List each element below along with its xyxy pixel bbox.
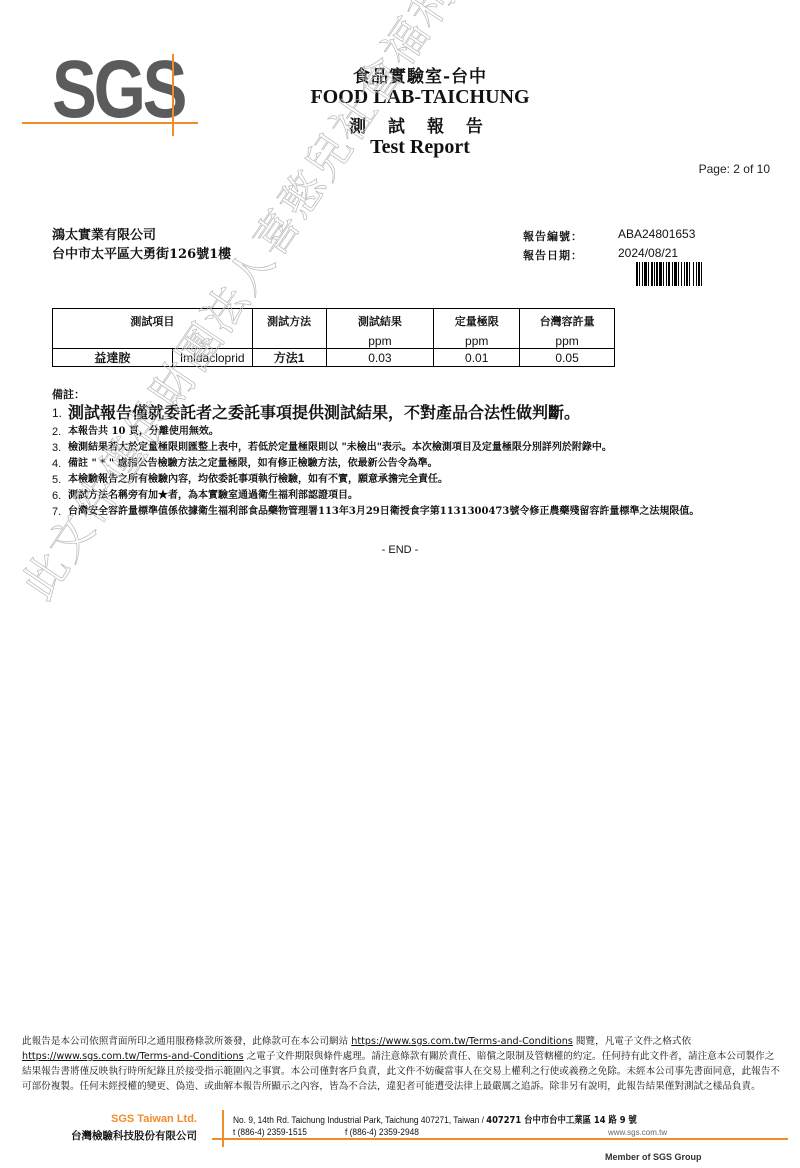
logo-orange-vline: [172, 54, 174, 136]
doc-title-en: Test Report: [250, 136, 590, 159]
table-row: 益達胺 Imidacloprid 方法1 0.03 0.01 0.05: [53, 349, 615, 367]
lab-title-en: FOOD LAB-TAICHUNG: [250, 86, 590, 109]
client-address: 台中市太平區大勇街126號1樓: [52, 245, 231, 264]
page-number: Page: 2 of 10: [699, 162, 770, 176]
report-date-value: 2024/08/21: [618, 246, 678, 260]
header-mrl: 台灣容許量ppm: [520, 309, 615, 349]
cell-item-zh: 益達胺: [53, 349, 173, 367]
barcode: [636, 262, 748, 286]
footer-phone: t (886-4) 2359-1515: [233, 1127, 307, 1138]
report-no-value: ABA24801653: [618, 227, 695, 241]
terms-link[interactable]: https://www.sgs.com.tw/Terms-and-Conditi…: [22, 1051, 244, 1062]
cell-result: 0.03: [326, 349, 434, 367]
note-item: 7.台灣安全容許量標準值係依據衛生福利部食品藥物管理署113年3月29日衛授食字…: [52, 504, 772, 520]
result-table: 測試項目 測試方法 測試結果ppm 定量極限ppm 台灣容許量ppm 益達胺 I…: [52, 308, 615, 367]
cell-item-en: Imidacloprid: [172, 349, 252, 367]
header-test-item: 測試項目: [53, 309, 253, 349]
table-header-row: 測試項目 測試方法 測試結果ppm 定量極限ppm 台灣容許量ppm: [53, 309, 615, 349]
note-item: 2.本報告共 10 頁，分離使用無效。: [52, 424, 772, 440]
lab-title-zh: 食品實驗室-台中: [250, 62, 590, 87]
note-item: 1.測試報告僅就委託者之委託事項提供測試結果，不對產品合法性做判斷。: [52, 402, 772, 424]
note-item: 4.備註 " * " 處指公告檢驗方法之定量極限，如有修正檢驗方法，依最新公告令…: [52, 456, 772, 472]
cell-loq: 0.01: [434, 349, 520, 367]
footer-orange-hline: [212, 1138, 788, 1140]
report-date-label: 報告日期：: [523, 247, 583, 263]
header-test-result: 測試結果ppm: [326, 309, 434, 349]
notes-title: 備註：: [52, 386, 85, 402]
footer-company-en: SGS Taiwan Ltd.: [111, 1113, 197, 1125]
footer-address: No. 9, 14th Rd. Taichung Industrial Park…: [233, 1112, 637, 1126]
footer-orange-vline: [222, 1110, 224, 1147]
note-item: 6.測試方法名稱旁有加★者，為本實驗室通過衛生福利部認證項目。: [52, 488, 772, 504]
note-item: 5.本檢驗報告之所有檢驗內容，均依委託事項執行檢驗，如有不實，願意承擔完全責任。: [52, 472, 772, 488]
report-no-label: 報告編號：: [523, 228, 583, 244]
note-item: 3.檢測結果若大於定量極限則匯整上表中，若低於定量極限則以 "未檢出"表示。本次…: [52, 440, 772, 456]
doc-title-zh: 測 試 報 告: [250, 112, 590, 137]
footer-member: Member of SGS Group: [605, 1152, 702, 1162]
cell-mrl: 0.05: [520, 349, 615, 367]
cell-method: 方法1: [252, 349, 326, 367]
footer-website[interactable]: www.sgs.com.tw: [608, 1128, 667, 1137]
end-marker: - END -: [0, 544, 800, 556]
terms-link[interactable]: https://www.sgs.com.tw/Terms-and-Conditi…: [351, 1036, 573, 1047]
sgs-logo: SGS: [52, 50, 184, 130]
client-name: 鴻太實業有限公司: [52, 226, 231, 245]
footer-company-zh: 台灣檢驗科技股份有限公司: [71, 1128, 197, 1143]
notes-list: 1.測試報告僅就委託者之委託事項提供測試結果，不對產品合法性做判斷。 2.本報告…: [52, 402, 772, 520]
terms-disclaimer: 此報告是本公司依照背面所印之通用服務條款所簽發，此條款可在本公司網站 https…: [22, 1034, 782, 1094]
client-block: 鴻太實業有限公司 台中市太平區大勇街126號1樓: [52, 226, 231, 264]
header-loq: 定量極限ppm: [434, 309, 520, 349]
header-test-method: 測試方法: [252, 309, 326, 349]
footer-fax: f (886-4) 2359-2948: [345, 1127, 419, 1138]
